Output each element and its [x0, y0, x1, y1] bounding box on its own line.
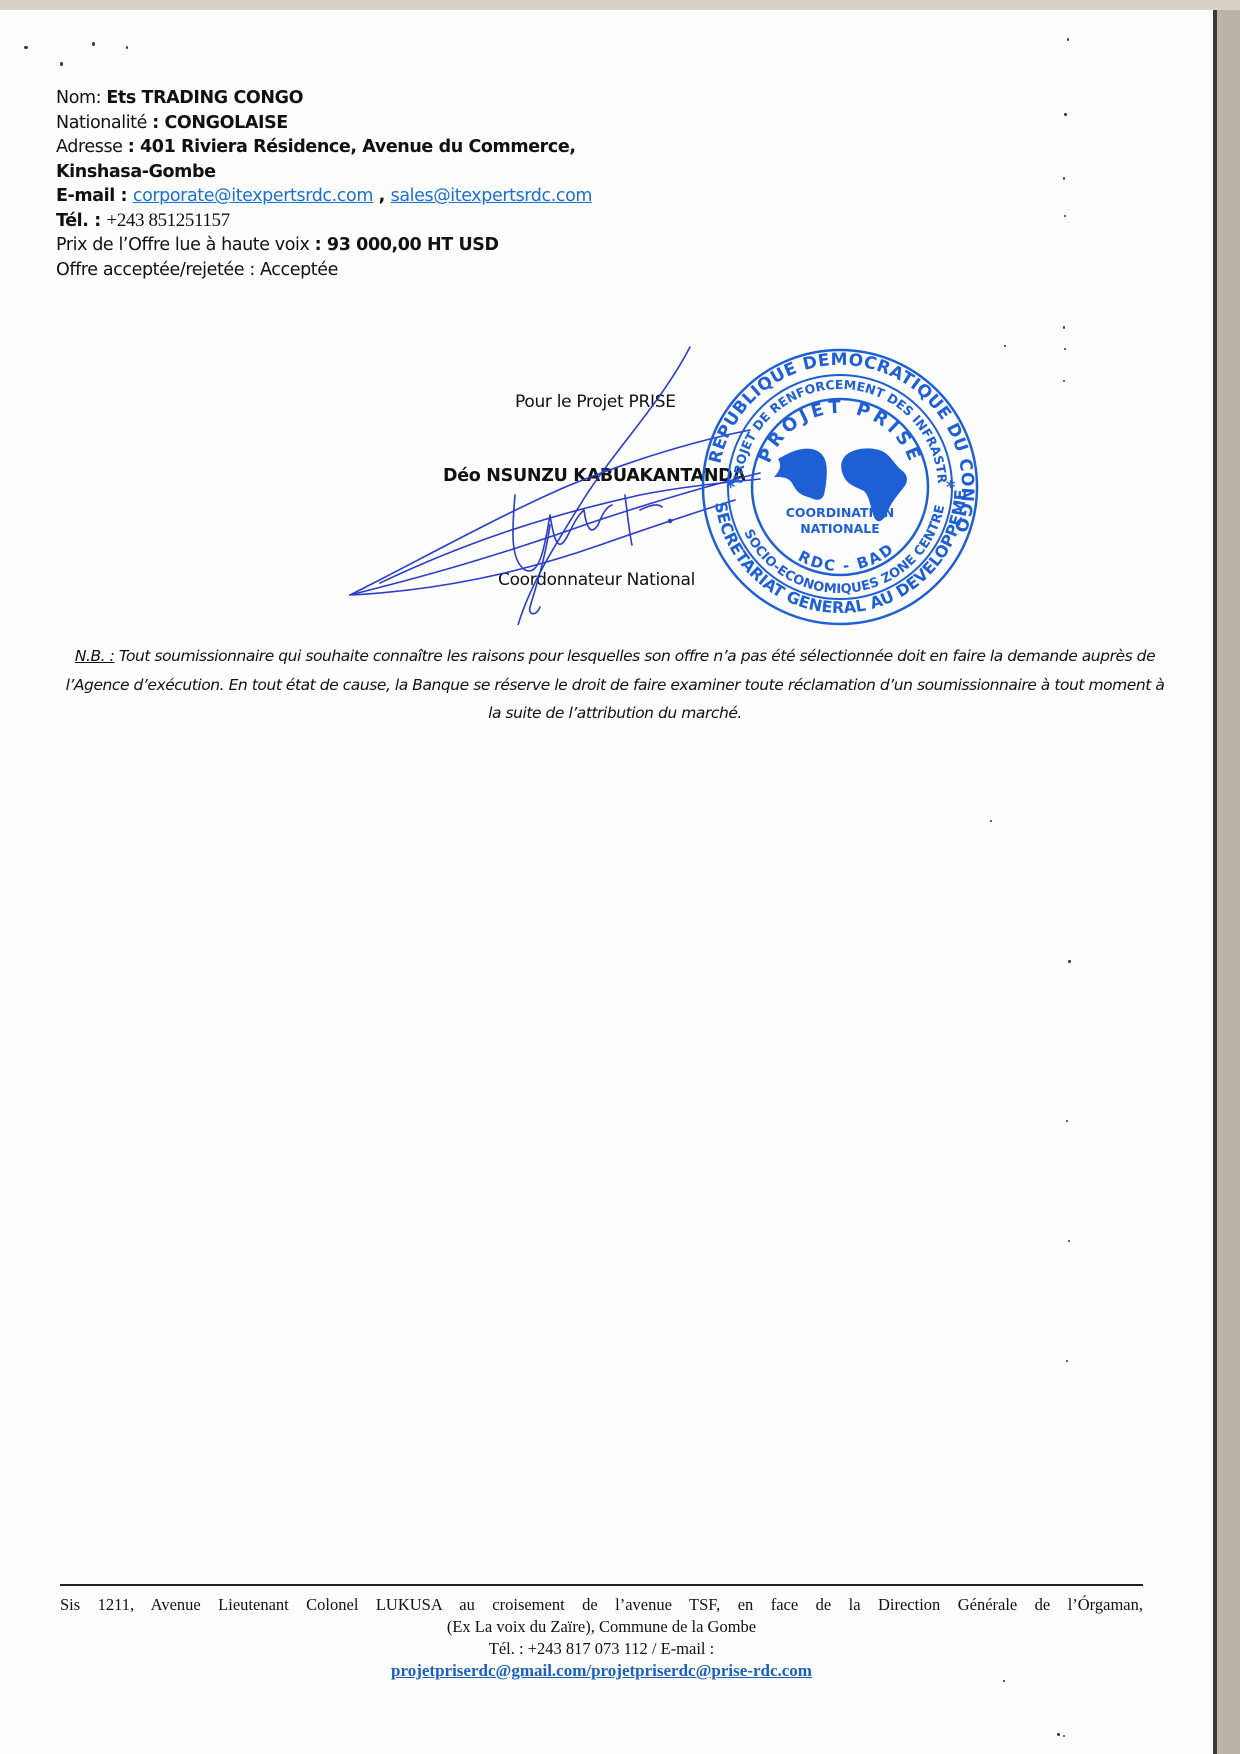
scan-top-edge — [0, 0, 1240, 10]
scan-right-edge — [1213, 10, 1217, 1754]
official-stamp: REPUBLIQUE DEMOCRATIQUE DU CONGO SECRETA… — [700, 347, 980, 627]
price-label: Prix de l’Offre lue à haute voix — [56, 235, 315, 255]
address-row-2: Kinshasa-Gombe — [56, 160, 592, 185]
tel-value: +243 851251157 — [107, 210, 230, 231]
address-label: Adresse — [56, 137, 128, 157]
status-value: Acceptée — [260, 260, 338, 280]
tel-label: Tél. : — [56, 211, 107, 231]
stamp-inner-bottom-text: RDC - BAD — [795, 539, 898, 575]
nationality-value: : CONGOLAISE — [152, 113, 288, 133]
tel-row: Tél. : +243 851251157 — [56, 209, 592, 234]
address-value-line1: : 401 Riviera Résidence, Avenue du Comme… — [128, 137, 576, 157]
price-row: Prix de l’Offre lue à haute voix : 93 00… — [56, 233, 592, 258]
email-link-corporate[interactable]: corporate@itexpertsrdc.com — [133, 186, 373, 206]
status-row: Offre acceptée/rejetée : Acceptée — [56, 258, 592, 283]
recipient-info: Nom: Ets TRADING CONGO Nationalité : CON… — [56, 86, 592, 282]
stamp-star-right: * — [946, 477, 956, 498]
address-value-line2: Kinshasa-Gombe — [56, 162, 216, 182]
name-value: Ets TRADING CONGO — [106, 88, 303, 108]
footer-address-line1: Sis 1211, Avenue Lieutenant Colonel LUKU… — [60, 1594, 1143, 1616]
email-row: E-mail : corporate@itexpertsrdc.com , sa… — [56, 184, 592, 209]
address-row: Adresse : 401 Riviera Résidence, Avenue … — [56, 135, 592, 160]
note-text: Tout soumissionnaire qui souhaite connaî… — [66, 647, 1165, 722]
email-label: E-mail : — [56, 186, 133, 206]
footer-divider — [60, 1584, 1143, 1586]
note-paragraph: N.B. : Tout soumissionnaire qui souhaite… — [60, 642, 1170, 728]
name-label: Nom: — [56, 88, 106, 108]
email-separator: , — [373, 186, 391, 206]
footer-contact-line: Tél. : +243 817 073 112 / E-mail : — [60, 1638, 1143, 1660]
stamp-star-left: * — [726, 477, 736, 498]
footer: Sis 1211, Avenue Lieutenant Colonel LUKU… — [60, 1594, 1143, 1682]
footer-email-link[interactable]: projetpriserdc@gmail.com/projetpriserdc@… — [60, 1660, 1143, 1682]
svg-text:RDC - BAD: RDC - BAD — [795, 539, 898, 575]
note-label: N.B. : — [75, 647, 115, 665]
price-value: : 93 000,00 HT USD — [315, 235, 499, 255]
drc-map-icon — [774, 449, 827, 500]
nationality-row: Nationalité : CONGOLAISE — [56, 111, 592, 136]
email-link-sales[interactable]: sales@itexpertsrdc.com — [391, 186, 592, 206]
name-row: Nom: Ets TRADING CONGO — [56, 86, 592, 111]
stamp-center-line2: NATIONALE — [800, 521, 880, 536]
status-label: Offre acceptée/rejetée : — [56, 260, 260, 280]
footer-address-line2: (Ex La voix du Zaïre), Commune de la Gom… — [60, 1616, 1143, 1638]
nationality-label: Nationalité — [56, 113, 152, 133]
